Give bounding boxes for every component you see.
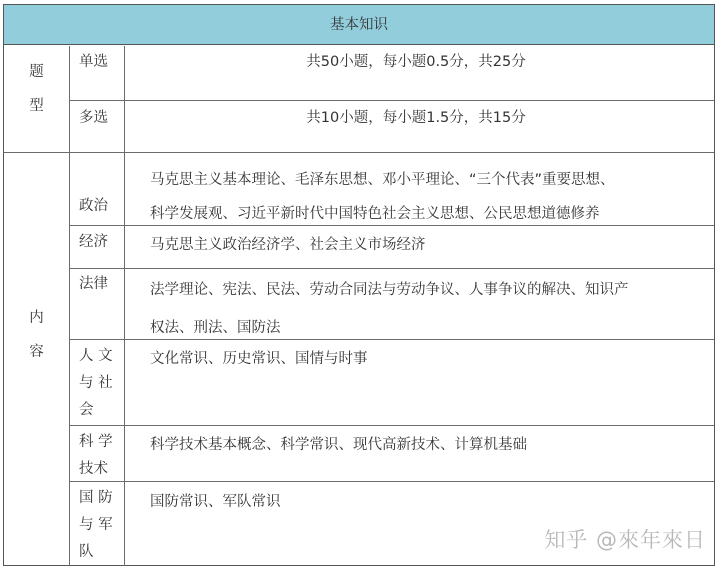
subject-line: 会 [79,397,125,424]
subject-line: 人 文 [79,343,125,370]
watermark: 知乎 @來年來日 [544,524,706,554]
subject-economics: 经济 [71,233,125,251]
law-content: 法学理论、宪法、民法、劳动合同法与劳动争议、人事争议的解决、知识产 权法、刑法、… [126,271,714,347]
subject-line: 队 [79,539,125,566]
type-single-choice: 单选 [71,53,125,71]
subject-line: 与 军 [79,512,125,539]
subject-science-technology: 科 学 技术 [71,429,125,483]
type-single-description: 共50小题，每小题0.5分，共25分 [126,53,714,71]
category-content: 内 容 [4,301,69,369]
subject-line: 国 防 [79,485,125,512]
content-line: 法学理论、宪法、民法、劳动合同法与劳动争议、人事争议的解决、知识产 [150,271,706,309]
row-divider [70,481,714,482]
subject-law: 法律 [71,275,125,293]
subject-defense-military: 国 防 与 军 队 [71,485,125,566]
category-question-type: 题 型 [4,55,69,123]
row-divider [70,100,714,101]
row-divider [70,268,714,269]
politics-content: 马克思主义基本理论、毛泽东思想、邓小平理论、“三个代表”重要思想、 科学发展观、… [126,163,714,231]
section-divider [4,152,714,153]
knowledge-table: 基本知识 题 型 单选 共50小题，每小题0.5分，共25分 多选 共10小题，… [3,4,715,566]
column-divider [69,46,70,566]
category-char: 型 [4,89,69,123]
subject-politics: 政治 [71,197,125,215]
content-line: 权法、刑法、国防法 [150,309,706,347]
subject-line: 技术 [79,456,125,483]
type-multiple-choice: 多选 [71,109,125,127]
content-line: 科学发展观、习近平新时代中国特色社会主义思想、公民思想道德修养 [150,197,706,231]
economics-content: 马克思主义政治经济学、社会主义市场经济 [126,236,714,254]
table-title: 基本知识 [4,5,714,45]
defense-content: 国防常识、军队常识 [126,493,714,511]
content-line: 马克思主义基本理论、毛泽东思想、邓小平理论、“三个代表”重要思想、 [150,163,706,197]
category-char: 题 [4,55,69,89]
type-multiple-description: 共10小题，每小题1.5分，共15分 [126,109,714,127]
category-char: 内 [4,301,69,335]
science-content: 科学技术基本概念、科学常识、现代高新技术、计算机基础 [126,436,714,454]
humanities-content: 文化常识、历史常识、国情与时事 [126,350,714,368]
subject-humanities-society: 人 文 与 社 会 [71,343,125,424]
row-divider [70,425,714,426]
subject-line: 科 学 [79,429,125,456]
category-char: 容 [4,335,69,369]
subject-line: 与 社 [79,370,125,397]
